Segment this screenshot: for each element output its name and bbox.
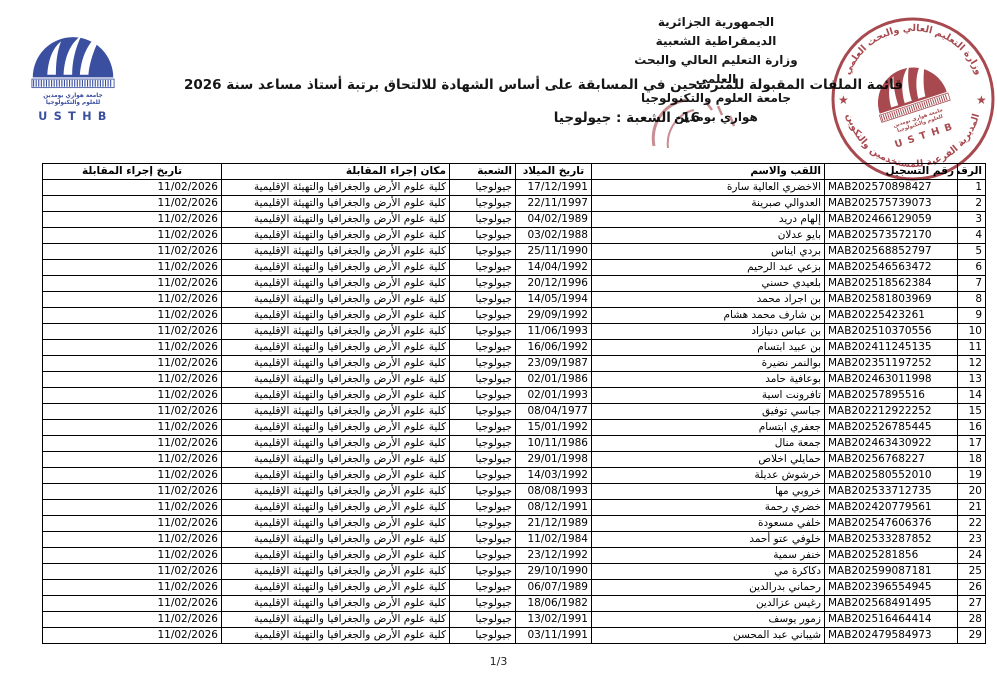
- registration-number-cell: MAB202516464414: [825, 612, 958, 628]
- branch-cell: جيولوجيا: [450, 564, 516, 580]
- row-number-cell: 3: [958, 212, 986, 228]
- interview-place-cell: كلية علوم الأرض والجغرافيا والتهيئة الإق…: [222, 436, 450, 452]
- birth-date-cell: 03/11/1991: [516, 628, 592, 644]
- branch-cell: جيولوجيا: [450, 292, 516, 308]
- row-number-cell: 20: [958, 484, 986, 500]
- interview-place-cell: كلية علوم الأرض والجغرافيا والتهيئة الإق…: [222, 628, 450, 644]
- row-number-cell: 29: [958, 628, 986, 644]
- interview-place-cell: كلية علوم الأرض والجغرافيا والتهيئة الإق…: [222, 228, 450, 244]
- interview-date-cell: 11/02/2026: [43, 436, 222, 452]
- table-row: 5MAB202568852797بردي ايناس25/11/1990جيول…: [43, 244, 986, 260]
- row-number-cell: 6: [958, 260, 986, 276]
- registration-number-cell: MAB202396554945: [825, 580, 958, 596]
- table-row: 8MAB202581803969بن اجراد محمد14/05/1994ج…: [43, 292, 986, 308]
- full-name-cell: زمور يوسف: [592, 612, 825, 628]
- interview-date-cell: 11/02/2026: [43, 564, 222, 580]
- interview-date-cell: 11/02/2026: [43, 468, 222, 484]
- table-row: 3MAB202466129059إلهام دريد04/02/1989جيول…: [43, 212, 986, 228]
- interview-date-cell: 11/02/2026: [43, 276, 222, 292]
- birth-date-cell: 25/11/1990: [516, 244, 592, 260]
- full-name-cell: بوالنمر نضيرة: [592, 356, 825, 372]
- interview-place-cell: كلية علوم الأرض والجغرافيا والتهيئة الإق…: [222, 356, 450, 372]
- birth-date-cell: 14/04/1992: [516, 260, 592, 276]
- stamp-star-right-icon: ★: [976, 93, 987, 107]
- branch-cell: جيولوجيا: [450, 212, 516, 228]
- table-row: 22MAB202547606376خلفي مسعودة21/12/1989جي…: [43, 516, 986, 532]
- branch-cell: جيولوجيا: [450, 548, 516, 564]
- birth-date-cell: 29/10/1990: [516, 564, 592, 580]
- branch-cell: جيولوجيا: [450, 180, 516, 196]
- interview-date-cell: 11/02/2026: [43, 340, 222, 356]
- interview-place-cell: كلية علوم الأرض والجغرافيا والتهيئة الإق…: [222, 564, 450, 580]
- table-row: 14MAB20257895516تافرونت اسية02/01/1993جي…: [43, 388, 986, 404]
- branch-cell: جيولوجيا: [450, 500, 516, 516]
- registration-number-cell: MAB202573572170: [825, 228, 958, 244]
- registration-number-cell: MAB202533712735: [825, 484, 958, 500]
- registration-number-cell: MAB202212922252: [825, 404, 958, 420]
- birth-date-cell: 16/06/1992: [516, 340, 592, 356]
- registration-number-cell: MAB202575739073: [825, 196, 958, 212]
- row-number-cell: 27: [958, 596, 986, 612]
- registration-number-cell: MAB202420779561: [825, 500, 958, 516]
- table-row: 26MAB202396554945رحماني بدرالدين06/07/19…: [43, 580, 986, 596]
- branch-cell: جيولوجيا: [450, 356, 516, 372]
- full-name-cell: بوعافية حامد: [592, 372, 825, 388]
- full-name-cell: شيباني عبد المحسن: [592, 628, 825, 644]
- branch-cell: جيولوجيا: [450, 340, 516, 356]
- full-name-cell: العدوالي صبرينة: [592, 196, 825, 212]
- branch-cell: جيولوجيا: [450, 404, 516, 420]
- row-number-cell: 13: [958, 372, 986, 388]
- interview-date-cell: 11/02/2026: [43, 260, 222, 276]
- row-number-cell: 17: [958, 436, 986, 452]
- birth-date-cell: 08/04/1977: [516, 404, 592, 420]
- table-row: 29MAB202479584973شيباني عبد المحسن03/11/…: [43, 628, 986, 644]
- row-number-cell: 14: [958, 388, 986, 404]
- interview-date-cell: 11/02/2026: [43, 628, 222, 644]
- interview-place-cell: كلية علوم الأرض والجغرافيا والتهيئة الإق…: [222, 532, 450, 548]
- col-header-interview-date: تاريخ إجراء المقابلة: [43, 164, 222, 180]
- birth-date-cell: 23/12/1992: [516, 548, 592, 564]
- registration-number-cell: MAB202568852797: [825, 244, 958, 260]
- branch-cell: جيولوجيا: [450, 196, 516, 212]
- full-name-cell: إلهام دريد: [592, 212, 825, 228]
- full-name-cell: خرشوش عديلة: [592, 468, 825, 484]
- table-row: 24MAB2025281856خنفر سمية23/12/1992جيولوج…: [43, 548, 986, 564]
- full-name-cell: الاخضري العالية سارة: [592, 180, 825, 196]
- stamp-star-left-icon: ★: [838, 93, 849, 107]
- registration-number-cell: MAB202533287852: [825, 532, 958, 548]
- interview-date-cell: 11/02/2026: [43, 324, 222, 340]
- table-row: 12MAB202351197252بوالنمر نضيرة23/09/1987…: [43, 356, 986, 372]
- table-row: 18MAB20256768227حمايلي اخلاص29/01/1998جي…: [43, 452, 986, 468]
- registration-number-cell: MAB202510370556: [825, 324, 958, 340]
- branch-cell: جيولوجيا: [450, 516, 516, 532]
- full-name-cell: جعفري ابتسام: [592, 420, 825, 436]
- row-number-cell: 5: [958, 244, 986, 260]
- interview-place-cell: كلية علوم الأرض والجغرافيا والتهيئة الإق…: [222, 452, 450, 468]
- birth-date-cell: 08/08/1993: [516, 484, 592, 500]
- table-row: 15MAB202212922252جباسي توفيق08/04/1977جي…: [43, 404, 986, 420]
- interview-date-cell: 11/02/2026: [43, 612, 222, 628]
- branch-cell: جيولوجيا: [450, 580, 516, 596]
- table-row: 23MAB202533287852خلوفي عتو أحمد11/02/198…: [43, 532, 986, 548]
- full-name-cell: جباسي توفيق: [592, 404, 825, 420]
- branch-cell: جيولوجيا: [450, 324, 516, 340]
- branch-cell: جيولوجيا: [450, 420, 516, 436]
- row-number-cell: 28: [958, 612, 986, 628]
- birth-date-cell: 04/02/1989: [516, 212, 592, 228]
- table-row: 10MAB202510370556بن عباس دنيازاد11/06/19…: [43, 324, 986, 340]
- interview-date-cell: 11/02/2026: [43, 356, 222, 372]
- table-row: 17MAB202463430922جمعة منال10/11/1986جيول…: [43, 436, 986, 452]
- birth-date-cell: 11/06/1993: [516, 324, 592, 340]
- interview-date-cell: 11/02/2026: [43, 372, 222, 388]
- registration-number-cell: MAB202546563472: [825, 260, 958, 276]
- row-number-cell: 24: [958, 548, 986, 564]
- table-row: 9MAB20225423261بن شارف محمد هشام29/09/19…: [43, 308, 986, 324]
- table-row: 19MAB202580552010خرشوش عديلة14/03/1992جي…: [43, 468, 986, 484]
- branch-cell: جيولوجيا: [450, 452, 516, 468]
- stamp-ink-smudge-icon: [648, 96, 740, 152]
- letterhead-republic-line: الجمهورية الجزائرية الديمقراطية الشعبية: [621, 13, 811, 51]
- row-number-cell: 11: [958, 340, 986, 356]
- branch-cell: جيولوجيا: [450, 244, 516, 260]
- row-number-cell: 2: [958, 196, 986, 212]
- registration-number-cell: MAB202526785445: [825, 420, 958, 436]
- interview-place-cell: كلية علوم الأرض والجغرافيا والتهيئة الإق…: [222, 388, 450, 404]
- branch-cell: جيولوجيا: [450, 308, 516, 324]
- interview-date-cell: 11/02/2026: [43, 244, 222, 260]
- registration-number-cell: MAB202599087181: [825, 564, 958, 580]
- table-row: 20MAB202533712735خروبي مها08/08/1993جيول…: [43, 484, 986, 500]
- registration-number-cell: MAB2025281856: [825, 548, 958, 564]
- university-stamp-icon: وزارة التعليم العالي والبحث العلمي المدي…: [828, 14, 997, 184]
- table-row: 16MAB202526785445جعفري ابتسام15/01/1992ج…: [43, 420, 986, 436]
- branch-cell: جيولوجيا: [450, 484, 516, 500]
- table-row: 13MAB202463011998بوعافية حامد02/01/1986ج…: [43, 372, 986, 388]
- interview-place-cell: كلية علوم الأرض والجغرافيا والتهيئة الإق…: [222, 244, 450, 260]
- interview-date-cell: 11/02/2026: [43, 548, 222, 564]
- interview-date-cell: 11/02/2026: [43, 596, 222, 612]
- full-name-cell: رحماني بدرالدين: [592, 580, 825, 596]
- birth-date-cell: 14/03/1992: [516, 468, 592, 484]
- birth-date-cell: 14/05/1994: [516, 292, 592, 308]
- full-name-cell: خنفر سمية: [592, 548, 825, 564]
- registration-number-cell: MAB202463011998: [825, 372, 958, 388]
- full-name-cell: بن عبيد ابتسام: [592, 340, 825, 356]
- row-number-cell: 15: [958, 404, 986, 420]
- registration-number-cell: MAB20257895516: [825, 388, 958, 404]
- row-number-cell: 7: [958, 276, 986, 292]
- registration-number-cell: MAB202351197252: [825, 356, 958, 372]
- registration-number-cell: MAB202581803969: [825, 292, 958, 308]
- table-row: 2MAB202575739073العدوالي صبرينة22/11/199…: [43, 196, 986, 212]
- row-number-cell: 26: [958, 580, 986, 596]
- interview-date-cell: 11/02/2026: [43, 516, 222, 532]
- full-name-cell: جمعة منال: [592, 436, 825, 452]
- birth-date-cell: 29/09/1992: [516, 308, 592, 324]
- birth-date-cell: 21/12/1989: [516, 516, 592, 532]
- row-number-cell: 12: [958, 356, 986, 372]
- interview-place-cell: كلية علوم الأرض والجغرافيا والتهيئة الإق…: [222, 468, 450, 484]
- document-page: { "letterhead": { "republic_line": "الجم…: [0, 0, 997, 686]
- interview-place-cell: كلية علوم الأرض والجغرافيا والتهيئة الإق…: [222, 404, 450, 420]
- birth-date-cell: 13/02/1991: [516, 612, 592, 628]
- row-number-cell: 18: [958, 452, 986, 468]
- row-number-cell: 10: [958, 324, 986, 340]
- interview-date-cell: 11/02/2026: [43, 196, 222, 212]
- document-title: قائمة الملفات المقبولة للمترشحين في المس…: [180, 77, 907, 93]
- interview-date-cell: 11/02/2026: [43, 580, 222, 596]
- interview-place-cell: كلية علوم الأرض والجغرافيا والتهيئة الإق…: [222, 372, 450, 388]
- branch-cell: جيولوجيا: [450, 612, 516, 628]
- interview-place-cell: كلية علوم الأرض والجغرافيا والتهيئة الإق…: [222, 548, 450, 564]
- branch-cell: جيولوجيا: [450, 596, 516, 612]
- interview-place-cell: كلية علوم الأرض والجغرافيا والتهيئة الإق…: [222, 340, 450, 356]
- interview-date-cell: 11/02/2026: [43, 308, 222, 324]
- full-name-cell: خضري رحمة: [592, 500, 825, 516]
- full-name-cell: خروبي مها: [592, 484, 825, 500]
- table-row: 21MAB202420779561خضري رحمة08/12/1991جيول…: [43, 500, 986, 516]
- registration-number-cell: MAB20256768227: [825, 452, 958, 468]
- interview-place-cell: كلية علوم الأرض والجغرافيا والتهيئة الإق…: [222, 580, 450, 596]
- birth-date-cell: 29/01/1998: [516, 452, 592, 468]
- interview-place-cell: كلية علوم الأرض والجغرافيا والتهيئة الإق…: [222, 260, 450, 276]
- birth-date-cell: 23/09/1987: [516, 356, 592, 372]
- branch-cell: جيولوجيا: [450, 388, 516, 404]
- branch-cell: جيولوجيا: [450, 468, 516, 484]
- branch-cell: جيولوجيا: [450, 276, 516, 292]
- interview-place-cell: كلية علوم الأرض والجغرافيا والتهيئة الإق…: [222, 516, 450, 532]
- interview-place-cell: كلية علوم الأرض والجغرافيا والتهيئة الإق…: [222, 324, 450, 340]
- interview-place-cell: كلية علوم الأرض والجغرافيا والتهيئة الإق…: [222, 292, 450, 308]
- interview-place-cell: كلية علوم الأرض والجغرافيا والتهيئة الإق…: [222, 596, 450, 612]
- full-name-cell: حمايلي اخلاص: [592, 452, 825, 468]
- row-number-cell: 16: [958, 420, 986, 436]
- col-header-full-name: اللقب والاسم: [592, 164, 825, 180]
- birth-date-cell: 08/12/1991: [516, 500, 592, 516]
- table-row: 7MAB202518562384بلعيدي حسني20/12/1996جيو…: [43, 276, 986, 292]
- birth-date-cell: 22/11/1997: [516, 196, 592, 212]
- interview-place-cell: كلية علوم الأرض والجغرافيا والتهيئة الإق…: [222, 500, 450, 516]
- interview-place-cell: كلية علوم الأرض والجغرافيا والتهيئة الإق…: [222, 180, 450, 196]
- table-row: 4MAB202573572170بايو عدلان03/02/1988جيول…: [43, 228, 986, 244]
- row-number-cell: 4: [958, 228, 986, 244]
- registration-number-cell: MAB202568491495: [825, 596, 958, 612]
- registration-number-cell: MAB20225423261: [825, 308, 958, 324]
- interview-date-cell: 11/02/2026: [43, 180, 222, 196]
- interview-place-cell: كلية علوم الأرض والجغرافيا والتهيئة الإق…: [222, 212, 450, 228]
- row-number-cell: 23: [958, 532, 986, 548]
- branch-cell: جيولوجيا: [450, 628, 516, 644]
- table-row: 28MAB202516464414زمور يوسف13/02/1991جيول…: [43, 612, 986, 628]
- interview-place-cell: كلية علوم الأرض والجغرافيا والتهيئة الإق…: [222, 420, 450, 436]
- interview-date-cell: 11/02/2026: [43, 532, 222, 548]
- full-name-cell: بن اجراد محمد: [592, 292, 825, 308]
- row-number-cell: 19: [958, 468, 986, 484]
- branch-cell: جيولوجيا: [450, 436, 516, 452]
- registration-number-cell: MAB202547606376: [825, 516, 958, 532]
- registration-number-cell: MAB202518562384: [825, 276, 958, 292]
- interview-date-cell: 11/02/2026: [43, 292, 222, 308]
- full-name-cell: بلعيدي حسني: [592, 276, 825, 292]
- interview-place-cell: كلية علوم الأرض والجغرافيا والتهيئة الإق…: [222, 196, 450, 212]
- birth-date-cell: 15/01/1992: [516, 420, 592, 436]
- candidates-table: الرقم رقم التسجيل اللقب والاسم تاريخ الم…: [42, 163, 986, 644]
- registration-number-cell: MAB202466129059: [825, 212, 958, 228]
- interview-place-cell: كلية علوم الأرض والجغرافيا والتهيئة الإق…: [222, 308, 450, 324]
- col-header-interview-place: مكان إجراء المقابلة: [222, 164, 450, 180]
- row-number-cell: 8: [958, 292, 986, 308]
- full-name-cell: بردي ايناس: [592, 244, 825, 260]
- interview-date-cell: 11/02/2026: [43, 228, 222, 244]
- table-row: 27MAB202568491495رغيس عزالدين18/06/1982ج…: [43, 596, 986, 612]
- full-name-cell: رغيس عزالدين: [592, 596, 825, 612]
- full-name-cell: بن عباس دنيازاد: [592, 324, 825, 340]
- table-row: 11MAB202411245135بن عبيد ابتسام16/06/199…: [43, 340, 986, 356]
- branch-cell: جيولوجيا: [450, 372, 516, 388]
- interview-place-cell: كلية علوم الأرض والجغرافيا والتهيئة الإق…: [222, 612, 450, 628]
- row-number-cell: 25: [958, 564, 986, 580]
- full-name-cell: خلوفي عتو أحمد: [592, 532, 825, 548]
- page-indicator: 1/3: [0, 655, 997, 668]
- interview-place-cell: كلية علوم الأرض والجغرافيا والتهيئة الإق…: [222, 484, 450, 500]
- birth-date-cell: 17/12/1991: [516, 180, 592, 196]
- interview-date-cell: 11/02/2026: [43, 388, 222, 404]
- branch-cell: جيولوجيا: [450, 260, 516, 276]
- birth-date-cell: 02/01/1986: [516, 372, 592, 388]
- branch-cell: جيولوجيا: [450, 532, 516, 548]
- registration-number-cell: MAB202463430922: [825, 436, 958, 452]
- col-header-birth-date: تاريخ الميلاد: [516, 164, 592, 180]
- interview-date-cell: 11/02/2026: [43, 484, 222, 500]
- usthb-logo-icon: جامعة هواري بومدين للعلوم والتكنولوجيا U…: [30, 26, 116, 127]
- birth-date-cell: 10/11/1986: [516, 436, 592, 452]
- row-number-cell: 9: [958, 308, 986, 324]
- registration-number-cell: MAB202479584973: [825, 628, 958, 644]
- full-name-cell: بايو عدلان: [592, 228, 825, 244]
- interview-date-cell: 11/02/2026: [43, 212, 222, 228]
- col-header-branch: الشعبة: [450, 164, 516, 180]
- interview-date-cell: 11/02/2026: [43, 500, 222, 516]
- full-name-cell: خلفي مسعودة: [592, 516, 825, 532]
- birth-date-cell: 11/02/1984: [516, 532, 592, 548]
- row-number-cell: 22: [958, 516, 986, 532]
- interview-date-cell: 11/02/2026: [43, 420, 222, 436]
- birth-date-cell: 20/12/1996: [516, 276, 592, 292]
- interview-date-cell: 11/02/2026: [43, 404, 222, 420]
- full-name-cell: دكاكرة مي: [592, 564, 825, 580]
- full-name-cell: بزعي عبد الرحيم: [592, 260, 825, 276]
- table-row: 6MAB202546563472بزعي عبد الرحيم14/04/199…: [43, 260, 986, 276]
- branch-cell: جيولوجيا: [450, 228, 516, 244]
- birth-date-cell: 18/06/1982: [516, 596, 592, 612]
- full-name-cell: تافرونت اسية: [592, 388, 825, 404]
- row-number-cell: 21: [958, 500, 986, 516]
- registration-number-cell: MAB202411245135: [825, 340, 958, 356]
- full-name-cell: بن شارف محمد هشام: [592, 308, 825, 324]
- birth-date-cell: 06/07/1989: [516, 580, 592, 596]
- interview-place-cell: كلية علوم الأرض والجغرافيا والتهيئة الإق…: [222, 276, 450, 292]
- table-row: 25MAB202599087181دكاكرة مي29/10/1990جيول…: [43, 564, 986, 580]
- birth-date-cell: 02/01/1993: [516, 388, 592, 404]
- registration-number-cell: MAB202580552010: [825, 468, 958, 484]
- interview-date-cell: 11/02/2026: [43, 452, 222, 468]
- birth-date-cell: 03/02/1988: [516, 228, 592, 244]
